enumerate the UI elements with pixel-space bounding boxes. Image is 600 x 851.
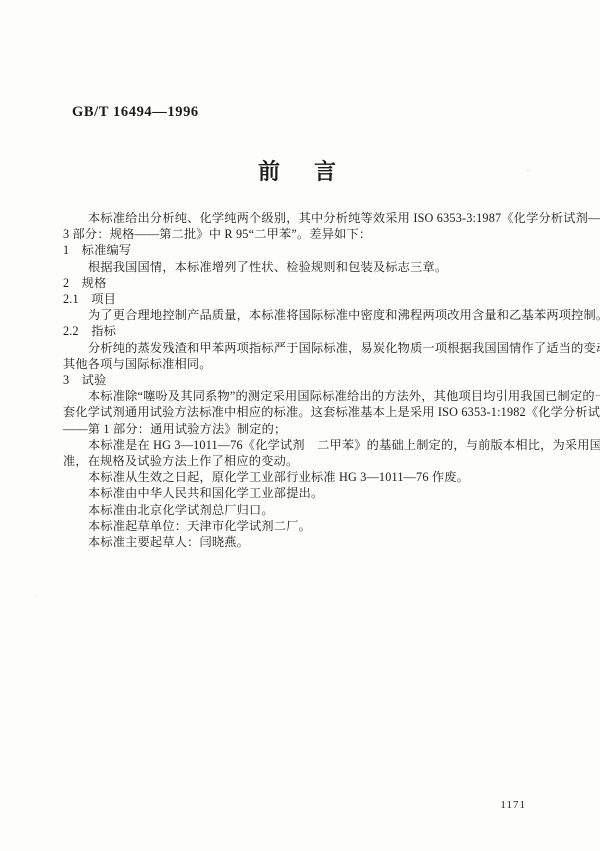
text-line: 准，在规格及试验方法上作了相应的变动。: [63, 453, 543, 469]
text-line: 本标准由中华人民共和国化学工业部提出。: [63, 485, 543, 501]
text-line: 本标准由北京化学试剂总厂归口。: [63, 502, 543, 518]
text-line: 根据我国国情，本标准增列了性状、检验规则和包装及标志三章。: [63, 259, 543, 275]
text-line: 本标准给出分析纯、化学纯两个级别，其中分析纯等效采用 ISO 6353-3:19…: [63, 210, 543, 226]
text-line: 2.1 项目: [63, 291, 543, 307]
text-line: 2 规格: [63, 275, 543, 291]
text-line: 本标准是在 HG 3—1011—76《化学试剂 二甲苯》的基础上制定的，与前版本…: [63, 437, 543, 453]
text-line: ——第 1 部分：通用试验方法》制定的；: [63, 421, 543, 437]
text-line: 为了更合理地控制产品质量，本标准将国际标准中密度和沸程两项改用含量和乙基苯两项控…: [63, 307, 543, 323]
text-line: 1 标准编写: [63, 242, 543, 258]
text-line: 本标准起草单位：天津市化学试剂二厂。: [63, 518, 543, 534]
text-line: 分析纯的蒸发残渣和甲苯两项指标严于国际标准，易炭化物质一项根据我国国情作了适当的…: [63, 340, 543, 356]
text-line: 本标准除“噻吩及其同系物”的测定采用国际标准给出的方法外，其他项目均引用我国已制…: [63, 388, 543, 404]
text-line: 其他各项与国际标准相同。: [63, 356, 543, 372]
standard-number: GB/T 16494—1996: [72, 104, 199, 121]
text-line: 3 部分：规格——第二批》中 R 95“二甲苯”。差异如下：: [63, 226, 543, 242]
text-line: 3 试验: [63, 372, 543, 388]
body-text: 本标准给出分析纯、化学纯两个级别，其中分析纯等效采用 ISO 6353-3:19…: [63, 210, 543, 550]
text-line: 本标准从生效之日起，原化学工业部行业标准 HG 3—1011—76 作废。: [63, 469, 543, 485]
page-title: 前 言: [0, 155, 600, 186]
document-page: GB/T 16494—1996 前 言 本标准给出分析纯、化学纯两个级别，其中分…: [0, 0, 600, 851]
text-line: 套化学试剂通用试验方法标准中相应的标准。这套标准基本上是采用 ISO 6353-…: [63, 404, 543, 420]
text-line: 本标准主要起草人：闫晓燕。: [63, 534, 543, 550]
text-line: 2.2 指标: [63, 323, 543, 339]
page-number: 1171: [500, 799, 526, 811]
